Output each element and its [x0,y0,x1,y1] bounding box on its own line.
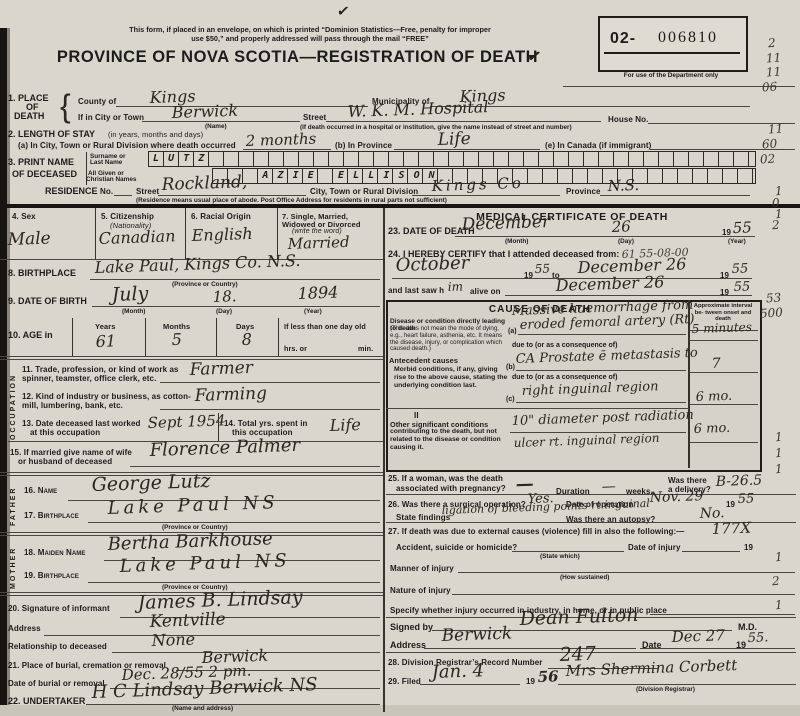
relationship-label: Relationship to deceased [8,642,107,651]
residence-label: RESIDENCE [45,186,98,196]
mother-maiden-label: 18. Maiden Name [24,548,86,557]
mother-birthplace-value: Lake Paul NS [119,550,291,577]
informant-address-value: Kentville [149,609,226,632]
field3-number: OF DECEASED [12,169,77,179]
death-registration-scan: { "icons": { "check": "✓", "brace": "{" … [0,0,800,716]
residence-division-line [412,195,560,196]
age-cell-divider [216,318,217,356]
margin-note: 2 [768,36,777,50]
age-label: 10. AGE in [8,330,53,340]
department-number-box: 02- 006810 [598,16,748,72]
sex-value: Male [7,229,51,250]
interval-rule [689,372,758,373]
delivery-label1: Was there [668,476,707,485]
birthplace-line [90,279,380,280]
undertaker-label: 22. UNDERTAKER [8,696,85,706]
undertaker-note: (Name and address) [172,705,233,712]
external-causes-code: 177X [711,519,751,538]
cause-a-line-rule [518,334,686,335]
informant-address-label: Address [8,624,41,633]
antecedent-label: Antecedent causes [389,356,458,365]
cause-b-rule [516,370,686,371]
margin-note: 11 [766,64,782,79]
age-cell-divider [145,318,146,356]
last-saw-label: and last saw h [388,286,444,295]
date-line [640,648,795,649]
father-name-label: 16. Name [24,486,57,495]
citizenship-value: Canadian [98,226,175,248]
margin-note: 11 [768,121,784,136]
residence-province-label: Province [566,187,601,196]
death-date-line [455,236,755,237]
checkmark-icon: ✓ [336,1,351,21]
other-conditions-label3: related to the disease or condition [390,436,501,443]
month-note: (Month) [122,308,145,315]
father-birthplace-label: 17. Birthplace [24,511,79,520]
cause-c-interval: 6 mo. [695,389,732,405]
column-divider [383,208,385,712]
last-worked-value: Sept 1954 [147,411,225,432]
residence-division-value: Kings Co [431,174,524,195]
row-rule [386,494,796,495]
filed-label: 29. Filed [388,677,421,686]
father-birthplace-value: Lake Paul NS [107,492,279,519]
mother-section-label: MOTHER [10,539,17,597]
industry-label2: mill, lumbering, bank, etc. [22,401,123,410]
margin-note: 2 [772,218,781,232]
last-saw-line [505,295,752,296]
other-condition-interval: 6 mo. [693,421,730,437]
signed-by-label: Signed by [390,622,433,632]
year-19: 19 [744,543,753,552]
min-label: min. [358,344,373,353]
antecedent-label4: underlying condition last. [394,382,477,389]
mother-birthplace-line [88,582,380,583]
interval-rule [689,404,758,405]
spouse-value: Florence Palmer [149,435,300,461]
pregnancy-label: 25. If a woman, was the death [388,474,503,483]
name-note: (Name) [205,123,227,130]
brace-glyph: { [60,88,71,125]
margin-note: 06 [762,79,778,94]
duration-value: — [601,479,616,495]
residence-division-label: City, Town or Rural Division [310,187,418,196]
death-year: 55 [732,218,752,237]
scan-bottom-shade [0,705,800,716]
given-name-label2: Christian Names [86,176,136,183]
spouse-label: 15. If married give name of wife [10,448,132,457]
death-month: December [461,212,550,235]
year-19: 19 [726,500,735,509]
father-name-value: George Lutz [91,470,211,496]
birthplace-value: Lake Paul, Kings Co. N.S. [94,251,300,277]
date-of-birth-label: 9. DATE OF BIRTH [8,296,87,306]
industry-value: Farming [194,383,267,406]
mother-birthplace-label: 19. Birthplace [24,571,79,580]
mail-instruction-line2: use $50,” and properly addressed will pa… [70,34,550,43]
last-saw-date: December 26 [555,272,664,295]
injury-date-label: Date of injury [628,543,681,552]
residence-no-line [114,195,132,196]
department-caption: For use of the Department only [598,72,744,79]
street-value: W. K. M. Hospital [347,97,488,121]
registration-code-prefix: 02- [610,30,636,48]
birth-line [92,306,380,307]
interval-rule [689,442,758,443]
birth-year: 1894 [297,283,338,303]
residence-province-line [600,195,750,196]
alive-on-label: alive on [470,287,501,296]
birth-month: July [111,283,148,306]
other-conditions-label2: contributing to the death, but not [390,428,497,435]
margin-note: 1 [775,550,784,564]
cause-b-interval: 7 [711,356,720,372]
due-to-label2: due to (or as a consequence of) [512,374,617,381]
birthplace-label: 8. BIRTHPLACE [8,268,76,278]
trade-line [160,382,380,383]
clerical-code-overlay: 61 55-08-00 [622,246,689,261]
street-label: Street [303,113,326,122]
death-month-note: (Month) [505,238,528,245]
cause-c-prefix: (c) [506,396,515,403]
town-line [142,121,300,122]
last-worked-label2: at this occupation [30,428,100,437]
residence-street-label: Street [136,187,159,196]
cause-a-interval: 5 minutes [692,320,753,336]
age-cell-divider [278,318,279,356]
external-causes-label: 27. If death was due to external causes … [388,527,684,536]
surname-label2: Last Name [90,159,122,166]
residence-street-value: Rockland, [161,172,247,195]
death-year-note: (Year) [728,238,746,245]
last-saw-him: im [448,279,464,294]
attended-from-year: 55 [535,261,551,276]
registrar-line [558,684,796,685]
industry-line [160,409,380,410]
division-registrar-note: (Division Registrar) [636,686,695,693]
father-section-label: FATHER [10,479,17,533]
cell-divider [185,208,186,260]
cause-c-rule [516,402,686,403]
accident-label: Accident, suicide or homicide? [396,543,517,552]
margin-note: 53 [766,290,782,305]
other-conditions-label4: causing it. [390,444,424,451]
street-line [326,121,601,122]
manner-line [458,572,795,573]
margin-note: 11 [766,50,782,65]
stay-canada-label: (e) In Canada (if immigrant) [545,141,651,150]
field2-title: 2. LENGTH OF STAY [8,129,95,139]
spouse-label2: or husband of deceased [18,457,112,466]
surname-letter-boxes: LUTZ [148,151,756,167]
occupation-section-label: OCCUPATION [10,362,17,452]
cell-divider [95,208,96,260]
margin-note: 1 [775,446,784,460]
citizenship-label: 5. Citizenship [101,212,154,221]
due-to-label: due to (or as a consequence of) [512,342,617,349]
manner-label: Manner of injury [390,564,454,573]
birth-day: 18. [212,287,236,306]
antecedent-label2: Morbid conditions, if any, giving [394,366,498,373]
town-value: Berwick [171,101,238,122]
header-rule [563,86,795,87]
address-line [424,648,636,649]
age-cell-divider [72,318,73,356]
antecedent-label3: rise to the above cause, stating the [394,374,507,381]
nature-line [452,594,795,595]
attended-to-year: 55 [731,261,748,277]
stay-province-line [394,149,540,150]
field3-number: 3. PRINT NAME [8,157,74,167]
margin-note: 60 [762,136,778,151]
margin-note: 1 [775,430,784,444]
death-day: 26 [611,217,631,236]
physician-address-value: Berwick [441,624,512,646]
stay-province-value: Life [437,129,471,150]
pregnancy-label2: associated with pregnancy? [396,484,506,493]
margin-note: 02 [760,151,776,166]
margin-note: 2 [772,574,781,588]
burial-date-label: Date of burial or removal [8,679,105,688]
stay-city-label: (a) In City, Town or Rural Division wher… [18,141,236,150]
stay-city-value: 2 months [245,130,316,150]
physician-address-label: Address [390,640,426,650]
box-inner-rule [604,52,740,54]
total-years-value: Life [329,415,361,435]
surname-letters: LUTZ [149,152,755,165]
field2-subtitle: (in years, months and days) [108,130,203,139]
hospital-note: (If death occurred in a hospital or inst… [300,124,572,131]
trade-label: 11. Trade, profession, or kind of work a… [22,365,179,374]
racial-origin-label: 6. Racial Origin [191,212,251,221]
operation-date-value: Nov. 29 [649,488,703,506]
age-months: 5 [171,330,182,349]
industry-label: 12. Kind of industry or business, as cot… [22,392,191,401]
signed-year: 55. [747,630,768,646]
less-than-day-header: If less than one day old [284,322,366,331]
sex-label: 4. Sex [12,212,36,221]
age-years: 61 [95,331,116,351]
death-day-note: (Day) [618,238,634,245]
age-days: 8 [241,330,252,349]
years-header: Years [95,322,116,331]
filed-line [420,684,520,685]
signed-date-value: Dec 27 [671,626,725,646]
interval-rule [689,340,758,341]
how-sustained-note: (How sustained) [560,574,609,581]
year-note: (Year) [304,308,322,315]
trade-value: Farmer [189,358,253,380]
registration-number: 006810 [658,29,718,47]
relationship-value: None [151,629,195,650]
margin-note: 500 [760,305,784,321]
margin-note: 1 [775,598,784,612]
field1-number: DEATH [14,111,44,121]
racial-origin-value: English [191,224,253,245]
spouse-line [130,466,380,467]
disease-leading-note: (This does not mean the mode of dying, e… [390,326,508,353]
operation-year: 55 [737,491,754,507]
stay-province-label: (b) In Province [335,141,392,150]
county-label: County of [78,97,116,106]
father-birthplace-line [88,522,380,523]
year-19: 19 [526,677,535,686]
margin-note: 1 [775,462,784,476]
cause-b-prefix: (b) [506,364,515,371]
cause-a-prefix: (a) [508,328,517,335]
attended-from: October [395,252,469,276]
nature-label: Nature of injury [390,586,451,595]
day-note: (Day) [216,308,232,315]
filed-year: 56 [537,667,558,686]
trade-label2: spinner, teamster, office clerk, etc. [22,374,156,383]
accident-line [512,551,624,552]
residence-province-value: N.S. [607,176,639,195]
physician-signature: Dean Fulton [519,604,639,630]
medical-certificate-title: MEDICAL CERTIFICATE OF DEATH [386,211,758,223]
row-rule [0,356,383,357]
injury-date-line [682,551,740,552]
scan-edge-bar [0,28,7,716]
house-no-label: House No. [608,115,648,124]
section-divider [0,204,800,208]
town-label: If in City or Town [78,113,144,122]
residence-no-label: No. [100,187,113,196]
mail-instruction-line1: This form, if placed in an envelope, on … [70,25,550,34]
other-conditions-II: II [414,411,419,420]
residence-note: (Residence means usual place of abode. P… [136,197,447,204]
hrs-label: hrs. or [284,344,307,353]
informant-address-line [44,635,380,636]
total-years-label: 14. Total yrs. spent in [224,419,308,428]
specify-line [650,614,795,615]
delivery-value: B-26.5 [715,472,762,490]
last-saw-year: 55 [733,279,750,295]
last-worked-label: 13. Date deceased last worked [22,419,141,428]
residence-street-line [158,195,306,196]
state-which-note: (State which) [540,553,580,560]
form-title: PROVINCE OF NOVA SCOTIA—REGISTRATION OF … [25,48,570,67]
informant-label: 20. Signature of informant [8,604,110,613]
filed-date-value: Jan. 4 [431,660,484,683]
